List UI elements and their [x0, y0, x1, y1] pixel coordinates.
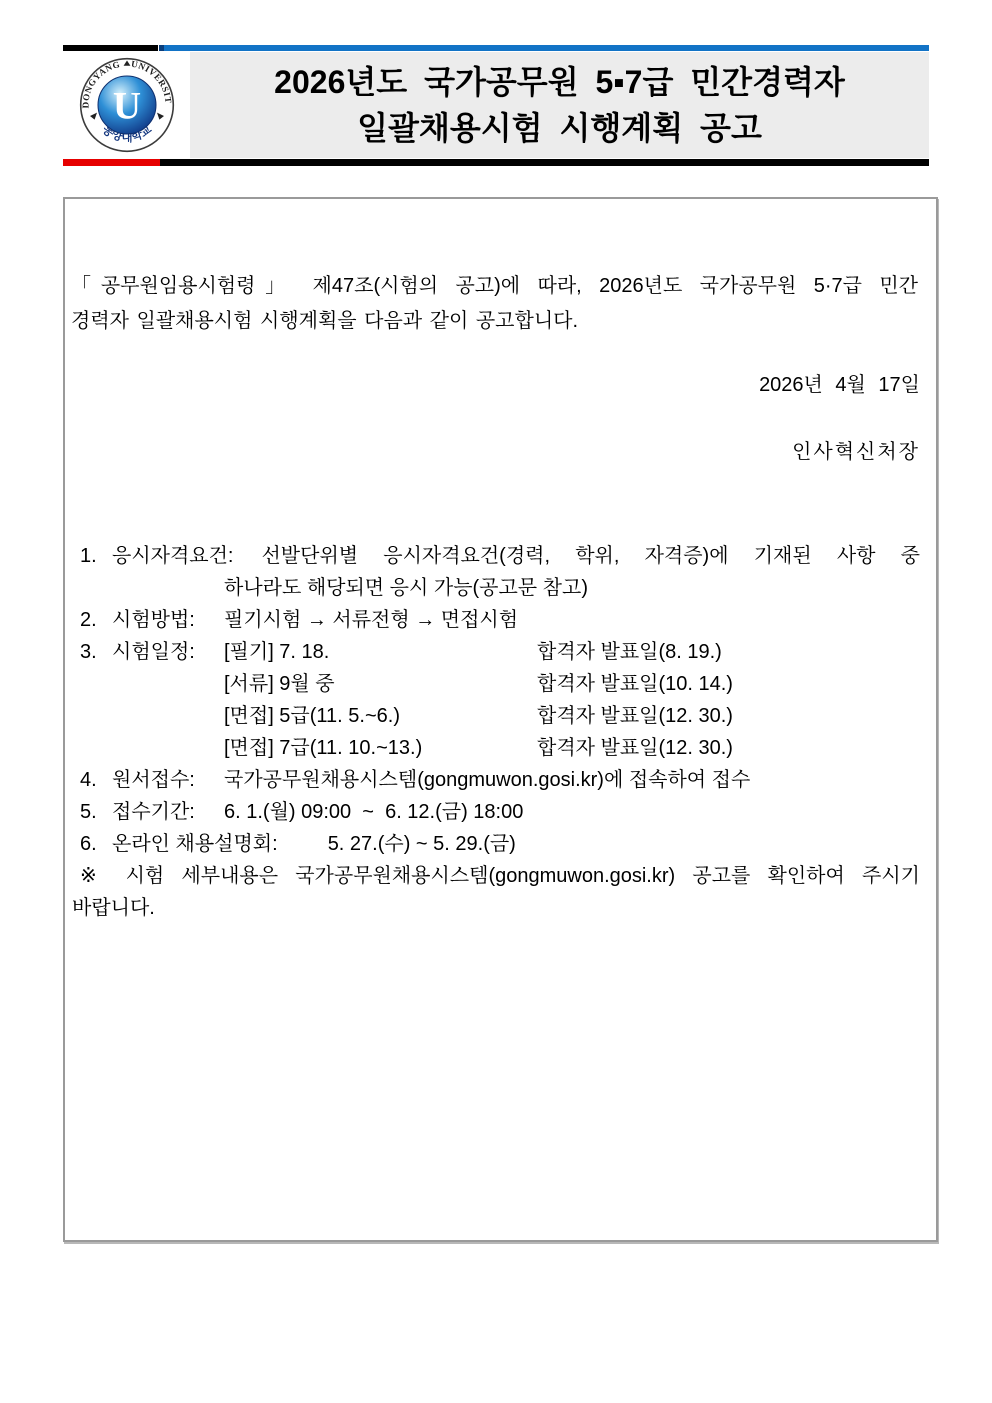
- header-bottom-bar: [63, 159, 929, 166]
- header-top-bar: [63, 45, 929, 51]
- item-number: 4.: [80, 764, 112, 796]
- item-label: 원서접수:: [112, 764, 224, 796]
- schedule-row: [서류] 9월 중 합격자 발표일(10. 14.): [80, 668, 920, 700]
- announcement-header: DONGYANG UNIVERSITY 동양대학교 U 2026년도 국가공무원…: [63, 45, 929, 166]
- schedule-phase: [필기] 7. 18.: [224, 636, 537, 668]
- footnote-line1: ※ 시험 세부내용은 국가공무원채용시스템(gongmuwon.gosi.kr)…: [80, 860, 920, 892]
- item-text: 국가공무원채용시스템(gongmuwon.gosi.kr)에 접속하여 접수: [224, 764, 750, 796]
- item-label: 응시자격요건:: [112, 540, 233, 572]
- indent-spacer: [80, 572, 224, 604]
- item-number: 6.: [80, 828, 112, 860]
- page: { "colors": { "accent_blue": "#1273c6", …: [0, 0, 992, 1403]
- list-item-application: 4. 원서접수: 국가공무원채용시스템(gongmuwon.gosi.kr)에 …: [80, 764, 920, 796]
- indent-spacer: [80, 732, 224, 764]
- header-band: DONGYANG UNIVERSITY 동양대학교 U 2026년도 국가공무원…: [63, 52, 929, 158]
- announcement-date: 2026년 4월 17일: [80, 369, 920, 401]
- seal-monogram: U: [112, 85, 140, 128]
- bottom-bar-red-segment: [63, 159, 160, 166]
- schedule-result: 합격자 발표일(12. 30.): [537, 700, 733, 732]
- list-item-schedule: 3. 시험일정: [필기] 7. 18. 합격자 발표일(8. 19.): [80, 636, 920, 668]
- item-label: 온라인 채용설명회:: [112, 828, 278, 860]
- schedule-phase: [면접] 7급(11. 10.~13.): [224, 732, 537, 764]
- list-item-eligibility-cont: 하나라도 해당되면 응시 가능(공고문 참고): [80, 572, 920, 604]
- notice-box: 「공무원임용시험령」 제47조(시험의 공고)에 따라, 2026년도 국가공무…: [63, 197, 938, 1242]
- intro-line2: 경력자 일괄채용시험 시행계획을 다음과 같이 공고합니다.: [71, 304, 918, 339]
- schedule-result: 합격자 발표일(8. 19.): [537, 636, 722, 668]
- schedule-result: 합격자 발표일(10. 14.): [537, 668, 733, 700]
- notice-content: 「공무원임용시험령」 제47조(시험의 공고)에 따라, 2026년도 국가공무…: [65, 199, 936, 924]
- schedule-phase: [서류] 9월 중: [224, 668, 537, 700]
- list-item-method: 2. 시험방법: 필기시험 → 서류전형 → 면접시험: [80, 604, 920, 636]
- issuer-name: 인사혁신처장: [80, 436, 920, 468]
- notice-item-list: 1. 응시자격요건: 선발단위별 응시자격요건(경력, 학위, 자격증)에 기재…: [80, 540, 920, 924]
- item-text: 필기시험 → 서류전형 → 면접시험: [224, 604, 518, 636]
- item-text: 선발단위별 응시자격요건(경력, 학위, 자격증)에 기재된 사항 중: [261, 540, 920, 572]
- schedule-row: [면접] 7급(11. 10.~13.) 합격자 발표일(12. 30.): [80, 732, 920, 764]
- schedule-phase: [면접] 5급(11. 5.~6.): [224, 700, 537, 732]
- item-text: 6. 1.(월) 09:00 ~ 6. 12.(금) 18:00: [224, 796, 523, 828]
- intro-line1: 「공무원임용시험령」 제47조(시험의 공고)에 따라, 2026년도 국가공무…: [71, 269, 918, 304]
- footnote-line2: 바랍니다.: [72, 892, 920, 924]
- bottom-bar-black-segment: [160, 159, 929, 166]
- item-label: 시험일정:: [112, 636, 224, 668]
- indent-spacer: [80, 700, 224, 732]
- item-label: 시험방법:: [112, 604, 224, 636]
- item-text-continued: 하나라도 해당되면 응시 가능(공고문 참고): [224, 572, 588, 604]
- list-item-eligibility: 1. 응시자격요건: 선발단위별 응시자격요건(경력, 학위, 자격증)에 기재…: [80, 540, 920, 572]
- university-logo: DONGYANG UNIVERSITY 동양대학교 U: [63, 52, 190, 158]
- university-seal-icon: DONGYANG UNIVERSITY 동양대학교 U: [79, 57, 175, 153]
- schedule-result: 합격자 발표일(12. 30.): [537, 732, 733, 764]
- item-number: 2.: [80, 604, 112, 636]
- intro-paragraph: 「공무원임용시험령」 제47조(시험의 공고)에 따라, 2026년도 국가공무…: [71, 269, 918, 339]
- indent-spacer: [80, 668, 224, 700]
- item-number: 1.: [80, 540, 112, 572]
- page-title-line2: 일괄채용시험 시행계획 공고: [357, 105, 762, 151]
- title-panel: 2026년도 국가공무원 5▪7급 민간경력자 일괄채용시험 시행계획 공고: [190, 52, 929, 158]
- item-number: 5.: [80, 796, 112, 828]
- list-item-briefing: 6. 온라인 채용설명회: 5. 27.(수) ~ 5. 29.(금): [80, 828, 920, 860]
- list-item-period: 5. 접수기간: 6. 1.(월) 09:00 ~ 6. 12.(금) 18:0…: [80, 796, 920, 828]
- top-bar-black-segment: [63, 45, 158, 51]
- item-label: 접수기간:: [112, 796, 224, 828]
- top-bar-blue-segment: [164, 45, 929, 51]
- item-text: 5. 27.(수) ~ 5. 29.(금): [328, 828, 516, 860]
- schedule-row: [면접] 5급(11. 5.~6.) 합격자 발표일(12. 30.): [80, 700, 920, 732]
- page-title-line1: 2026년도 국가공무원 5▪7급 민간경력자: [274, 59, 845, 105]
- item-number: 3.: [80, 636, 112, 668]
